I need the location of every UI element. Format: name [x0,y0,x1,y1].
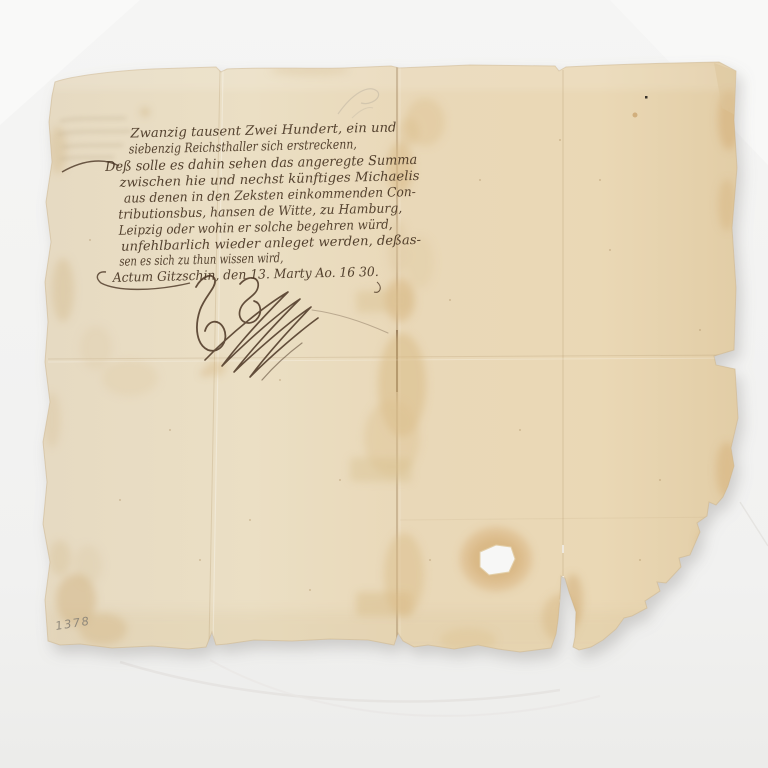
dark-speck [645,96,648,99]
worm-hole [480,545,515,575]
photo-backdrop: Zwanzig tausent Zwei Hundert, ein und si… [0,0,768,768]
brown-speck [633,113,638,118]
document-photo-svg: Zwanzig tausent Zwei Hundert, ein und si… [0,0,768,768]
